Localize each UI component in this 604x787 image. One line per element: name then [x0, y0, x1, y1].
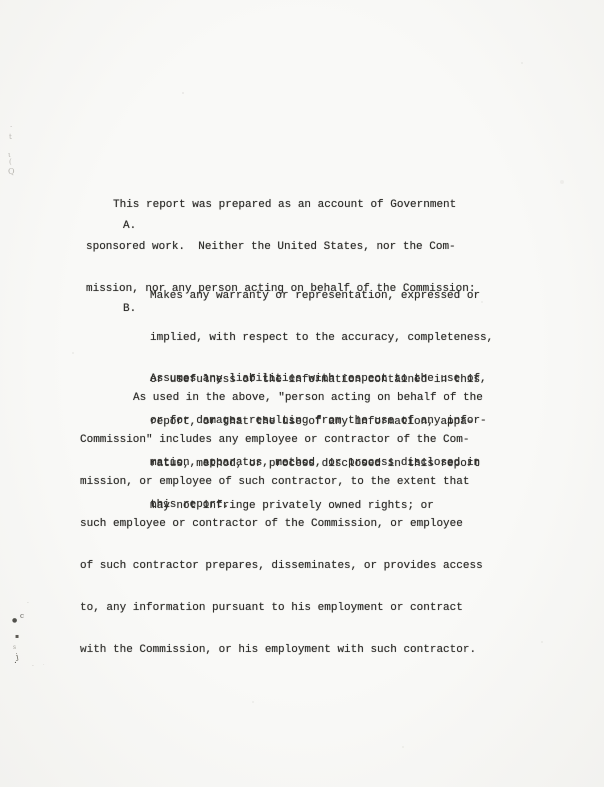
- paragraph-line: As used in the above, "person acting on …: [133, 391, 483, 405]
- paragraph-line: Makes any warranty or representation, ex…: [150, 289, 493, 303]
- margin-mark: .: [14, 658, 17, 665]
- margin-mark: ·: [43, 662, 45, 669]
- margin-mark: t: [9, 134, 12, 141]
- margin-mark: s: [13, 644, 16, 651]
- paragraph-line: with the Commission, or his employment w…: [80, 643, 483, 657]
- paragraph-line: of such contractor prepares, disseminate…: [80, 559, 483, 573]
- scanned-document-page: This report was prepared as an account o…: [0, 0, 604, 787]
- item-b-label: B.: [123, 302, 136, 316]
- margin-mark: ▪: [15, 633, 19, 640]
- item-a-label: A.: [123, 219, 136, 233]
- margin-mark: c: [20, 613, 24, 620]
- margin-mark: ·: [32, 663, 34, 670]
- margin-mark: Q: [8, 168, 15, 175]
- paragraph-line: mission, or employee of such contractor,…: [80, 475, 483, 489]
- scan-speckles: [0, 0, 2, 2]
- margin-mark: ·: [10, 124, 12, 131]
- disclaimer-closing-paragraph: As used in the above, "person acting on …: [80, 363, 483, 685]
- paragraph-line: such employee or contractor of the Commi…: [80, 517, 483, 531]
- margin-mark: ●: [12, 617, 17, 624]
- paragraph-line: This report was prepared as an account o…: [113, 198, 475, 212]
- paragraph-line: to, any information pursuant to his empl…: [80, 601, 483, 615]
- paragraph-line: Commission" includes any employee or con…: [80, 433, 483, 447]
- margin-mark: ·: [27, 600, 29, 607]
- margin-mark: (: [9, 159, 12, 166]
